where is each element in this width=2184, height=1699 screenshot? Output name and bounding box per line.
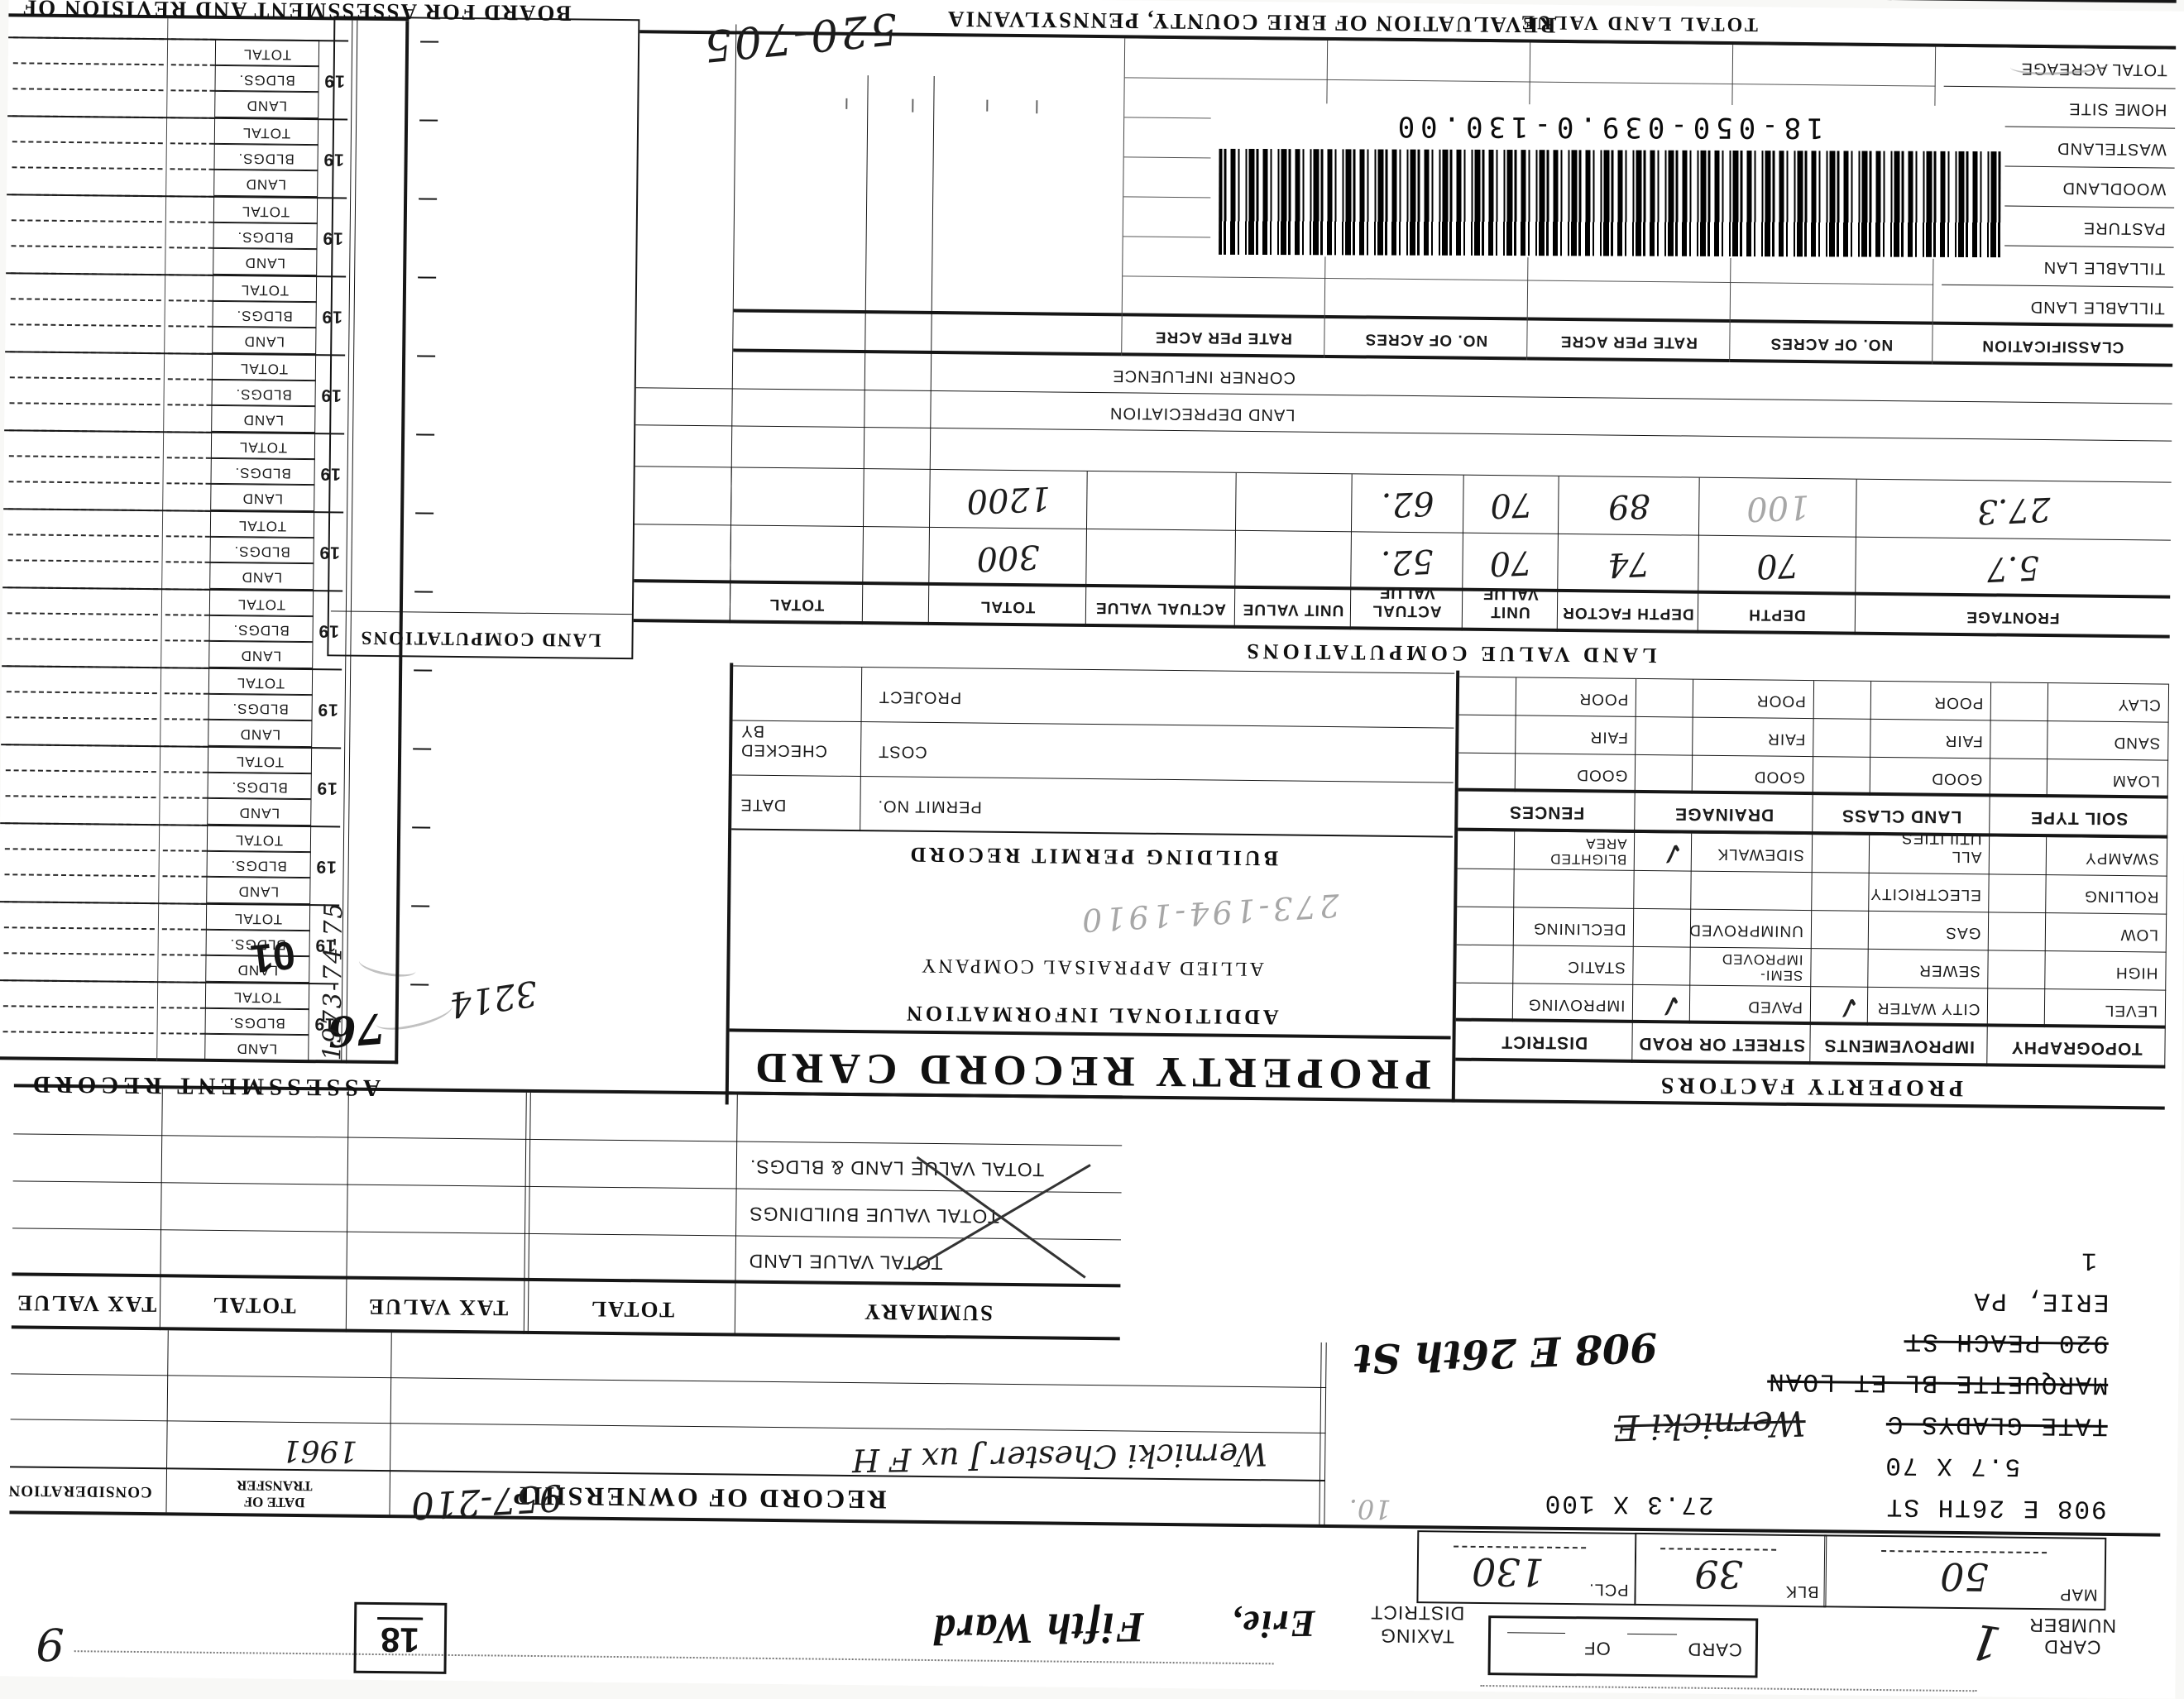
cell	[1991, 720, 2168, 722]
assessment-label-cell: TOTAL	[213, 275, 317, 303]
summary-header-2: TAX VALUE	[347, 1294, 529, 1321]
factor-item: IMPROVING	[1514, 994, 1626, 1013]
permit-row-label: PROJECT	[879, 687, 1446, 711]
blk-cell: BLK 39	[1634, 1533, 1827, 1607]
cell	[930, 76, 935, 470]
year-cell: 19	[316, 542, 343, 562]
cell	[5, 873, 156, 877]
assessment-label: TOTAL	[213, 360, 315, 377]
handwritten-new-address: 908 E 26th St	[1353, 1323, 1659, 1382]
cell	[1636, 754, 1813, 757]
factor-item: DECLINING	[1515, 918, 1626, 937]
cell	[1811, 986, 1988, 988]
cell	[416, 433, 434, 435]
barcode-block: 18-050-039.0-130.00	[1210, 103, 2005, 259]
assessment-label: LAND	[213, 254, 316, 271]
cell	[1692, 680, 1693, 794]
permit-hand-note: 273-194-1910	[1078, 887, 1341, 939]
year-cell: 19	[318, 385, 345, 404]
classification-row-label: HOME SITE	[2068, 98, 2167, 118]
cell	[6, 769, 156, 773]
assessment-label-cell: LAND	[212, 326, 316, 354]
factors-header-3: DISTRICT	[1455, 1031, 1633, 1053]
factors-header-1: IMPROVEMENTS	[1810, 1035, 1988, 1056]
assessment-label: BLDGS.	[211, 543, 314, 560]
cell	[635, 466, 2172, 482]
classification-table: CLASSIFICATIONNO. OF ACRESRATE PER ACREN…	[0, 1676, 2175, 1687]
factor2-item: GOOD	[1576, 765, 1627, 784]
cell	[5, 848, 156, 851]
assessment-label: BLDGS.	[213, 307, 316, 324]
assessment-label: BLDGS.	[208, 857, 310, 874]
factor-item: SEMI-IMPROVED	[1692, 951, 1803, 984]
cell	[163, 875, 207, 878]
cell	[1812, 948, 1989, 950]
lvc-header-7: TOTAL	[929, 596, 1086, 616]
assessment-label-cell: BLDGS.	[211, 379, 315, 407]
cell	[1635, 870, 1812, 873]
assessment-label-cell: BLDGS.	[210, 457, 314, 486]
district-code-box: 18	[353, 1602, 447, 1674]
permit-row-label-2: CHECKED BY	[740, 721, 853, 760]
year-cell: 19	[315, 620, 342, 640]
cell	[1814, 680, 1991, 682]
cell	[10, 323, 160, 327]
assessment-label: TOTAL	[209, 674, 312, 692]
cell	[13, 1133, 1122, 1146]
cell	[170, 89, 214, 92]
cell	[170, 142, 214, 145]
classification-row-label: TILLABLE LAN	[2043, 257, 2166, 278]
assessment-label: BLDGS.	[214, 228, 317, 246]
lvc-value: 70	[1698, 543, 1857, 588]
assessment-label: TOTAL	[214, 203, 317, 220]
assessment-label-cell: LAND	[208, 719, 312, 747]
assessment-label: TOTAL	[208, 753, 311, 770]
factor2-item: SAND	[2113, 733, 2160, 752]
assessment-label: BLDGS.	[213, 385, 315, 403]
assessment-label-cell: LAND	[211, 404, 315, 433]
lvc-header-1: DEPTH	[1698, 605, 1856, 625]
card-of-box: CARD OF	[1488, 1615, 1759, 1677]
cell	[1944, 86, 2176, 89]
year-cell: 19	[314, 699, 342, 719]
classification-header-4: RATE PER ACRE	[1122, 327, 1324, 347]
cell	[167, 404, 211, 406]
lvc-value: 70	[1463, 542, 1559, 584]
x-scribble	[928, 1149, 1108, 1280]
cell	[8, 534, 159, 537]
cell	[414, 669, 432, 671]
year-cell: 19	[320, 70, 347, 90]
cell	[1990, 873, 2167, 876]
summary-header-4: TAX VALUE	[12, 1290, 160, 1317]
cell	[9, 455, 160, 458]
date-of-transfer-header: DATE OF TRANSFER	[213, 1476, 337, 1511]
cell	[8, 36, 348, 41]
property-factors-table: TOPOGRAPHYLEVELHIGHLOWROLLINGSWAMPYIMPRO…	[0, 1676, 2175, 1687]
cell	[168, 325, 212, 328]
cell	[9, 402, 160, 405]
cell	[156, 18, 168, 1061]
factor2-item: FAIR	[1590, 727, 1628, 745]
cell	[165, 639, 209, 642]
cell	[4, 952, 155, 955]
assessment-label-cell: LAND	[209, 562, 314, 590]
factor-item: CITY WATER	[1869, 998, 1980, 1017]
assessment-label-cell: BLDGS.	[208, 615, 313, 643]
assessment-label-cell: LAND	[210, 483, 314, 511]
cell	[12, 1325, 1120, 1340]
cell	[1634, 984, 1811, 987]
map-cell: MAP 50	[1823, 1534, 2106, 1610]
cell	[1813, 756, 1990, 759]
assessment-label-cell: TOTAL	[214, 117, 318, 146]
map-value: 50	[1940, 1554, 1989, 1600]
cell	[166, 535, 210, 538]
assessment-label-cell: TOTAL	[211, 432, 315, 460]
assessment-label: LAND	[211, 490, 314, 507]
cell	[170, 168, 213, 170]
assessment-label-cell: TOTAL	[210, 510, 314, 538]
owner-city: ERIE, PA	[1972, 1285, 2109, 1316]
cell	[862, 469, 864, 625]
building-permit-table: PERMIT NO.DATECOSTCHECKED BYPROJECT	[0, 1676, 2175, 1687]
barcode-icon	[1219, 149, 2000, 257]
land-computations-box: LAND COMPUTATIONS	[327, 16, 639, 659]
cell	[3, 1031, 154, 1034]
cell	[164, 797, 208, 799]
cell	[418, 276, 436, 278]
handwritten-owner-name: Wernicki E	[1614, 1403, 1807, 1448]
factors2-header-3: FENCES	[1458, 802, 1636, 823]
assessment-label: LAND	[213, 333, 315, 350]
cell	[864, 75, 869, 469]
factor-item: BLIGHTEDAREA	[1516, 835, 1627, 867]
cell	[1989, 988, 2166, 990]
cell	[169, 246, 213, 249]
cell	[8, 559, 159, 562]
lvc-value: 1200	[929, 477, 1088, 522]
page-title: PROPERTY RECORD CARD	[730, 1042, 1451, 1098]
lvc-value: 300	[929, 535, 1088, 580]
assessment-label-cell: LAND	[213, 247, 317, 275]
cell	[1813, 872, 1990, 874]
gap-hand-note: 3214	[447, 973, 540, 1026]
cell	[417, 355, 435, 357]
owner-address-block: 908 E 26TH ST 27.3 X 100 5.7 X 70 TATE G…	[0, 1676, 2175, 1687]
lvc-header-5: UNIT VALUE	[1235, 600, 1351, 619]
factor-item: ROLLING	[2047, 886, 2159, 905]
assessment-label-cell: BLDGS.	[212, 300, 316, 328]
factor2-item: GOOD	[1931, 769, 1982, 788]
cell	[732, 774, 1454, 782]
faint-scribble	[357, 951, 418, 980]
factors-header-0: TOPOGRAPHY	[1988, 1036, 2166, 1058]
permit-row-label-2: DATE	[740, 795, 852, 815]
lvc-header-6: ACTUAL VALUE	[1086, 598, 1235, 618]
assessment-label: LAND	[208, 804, 310, 821]
factors2-header-2: DRAINAGE	[1636, 803, 1813, 825]
cell	[7, 612, 158, 615]
assessment-label: LAND	[214, 175, 317, 193]
factor-item: HIGH	[2047, 962, 2158, 981]
permit-row-label: PERMIT NO.	[877, 796, 1444, 821]
checkmark-icon: ✓	[1655, 986, 1687, 1024]
lvc-header-0: FRONTAGE	[1856, 606, 2170, 628]
lvc-value: 74	[1558, 542, 1700, 586]
cell	[1459, 677, 1636, 679]
taxing-district-label: TAXING DISTRICT	[1347, 1601, 1488, 1649]
cell	[6, 795, 156, 798]
property-record-card-sheet: CARD NUMBER 1 MAP 50 BLK 39 PCL. 130 CAR…	[0, 0, 2184, 1687]
card-number-label: CARD NUMBER	[2006, 1615, 2139, 1659]
assessment-label: LAND	[212, 411, 314, 428]
lvc-value: 5.7	[1856, 543, 2172, 594]
cell	[730, 24, 737, 623]
ownership-title: RECORD OF OWNERSHIP	[510, 1481, 886, 1515]
card-number-value: 1	[1966, 1612, 2004, 1673]
classification-header-0: CLASSIFICATION	[1933, 336, 2172, 357]
lvc-value: 62.	[1351, 482, 1464, 525]
assessment-label-cell: TOTAL	[208, 668, 313, 696]
parcel-number: 18-050-039.0-130.00	[1211, 109, 2005, 145]
assessment-label-cell: TOTAL	[208, 746, 312, 774]
cell	[171, 64, 215, 66]
cell	[12, 141, 163, 144]
ownership-row-name: Wernicki Chester J ux F H	[852, 1436, 1268, 1479]
checkmark-icon: ✓	[1656, 834, 1688, 872]
assessment-label-cell: TOTAL	[215, 39, 319, 67]
assessment-label: TOTAL	[208, 831, 310, 849]
cell	[11, 245, 161, 248]
assessment-label-cell: TOTAL	[212, 353, 316, 381]
cell	[165, 692, 208, 695]
cell	[12, 1272, 1120, 1287]
assessment-label: LAND	[208, 725, 311, 743]
cell	[420, 41, 438, 42]
cell	[10, 376, 160, 380]
cell	[1634, 946, 1811, 949]
additional-information-heading: ADDITIONAL INFORMATION	[731, 998, 1451, 1031]
factor-item: UNIMPROVED	[1692, 921, 1803, 940]
factor-item: GAS	[1870, 922, 1981, 941]
district-code-value: 18	[377, 1617, 423, 1660]
assessment-label: TOTAL	[216, 45, 318, 63]
cell	[7, 638, 158, 641]
factor-item: SEWER	[1869, 960, 1980, 979]
assessment-label: BLDGS.	[215, 150, 318, 167]
lvc-value: 52.	[1351, 540, 1464, 583]
cell	[1812, 910, 1989, 912]
cell	[412, 826, 430, 828]
assessment-label: BLDGS.	[212, 464, 314, 481]
classification-header-1: NO. OF ACRES	[1730, 333, 1933, 354]
year-cell: 19	[318, 227, 346, 247]
year-cell: 19	[317, 463, 344, 483]
cell	[165, 718, 208, 720]
assessment-label-cell: BLDGS.	[214, 65, 318, 93]
checkmark-icon: ✓	[1832, 988, 1864, 1026]
factor-item: LOW	[2047, 924, 2158, 943]
cell	[414, 591, 433, 592]
lvc-value: 89	[1558, 484, 1700, 528]
assessment-label-cell: LAND	[208, 640, 313, 668]
summary-table: SUMMARYTOTALTAX VALUETOTALTAX VALUETOTAL…	[0, 1676, 2175, 1687]
ownership-row-date: 1961	[281, 1433, 357, 1468]
cell	[733, 665, 1454, 673]
factor-item: SIDEWALK	[1693, 845, 1804, 864]
assessment-label-cell: BLDGS.	[208, 693, 313, 721]
cell	[1990, 912, 2167, 914]
cell	[169, 299, 213, 302]
permit-row-label: COST	[878, 741, 1445, 766]
assessment-label: LAND	[209, 647, 312, 664]
assessment-label: LAND	[215, 97, 318, 114]
pcl-cell: PCL. 130	[1416, 1530, 1636, 1606]
factor2-item: FAIR	[1767, 730, 1805, 748]
summary-header-1: TOTAL	[529, 1295, 735, 1323]
assessment-label-cell: BLDGS.	[207, 850, 311, 878]
year-cell: 19	[318, 306, 346, 326]
cell	[168, 378, 212, 380]
crossed-mortgagee: MARQUETTE BL ET LOAN	[1767, 1366, 2108, 1399]
cell	[13, 62, 164, 65]
cell	[170, 221, 213, 223]
year-hand-1973-74-75: 1973-74-75	[289, 897, 348, 1061]
factor2-item: CLAY	[2117, 695, 2160, 714]
classification-row-label: WOODLAND	[2062, 178, 2166, 198]
summary-header-3: TOTAL	[160, 1291, 347, 1319]
factor-item: STATIC	[1514, 956, 1626, 975]
assessment-label-cell: BLDGS.	[208, 772, 312, 800]
cell	[1942, 285, 2173, 288]
lvc-header-2: DEPTH FACTOR	[1558, 603, 1698, 623]
crossed-old-address: 920 PEACH ST	[1904, 1326, 2109, 1357]
year-cell: 19	[314, 778, 341, 797]
consideration-header: CONSIDERATION	[7, 1481, 151, 1500]
footer-hand-number: 520-705	[700, 2, 900, 70]
cell	[419, 119, 438, 121]
cell	[1514, 677, 1516, 792]
cell	[1636, 716, 1813, 719]
assessment-label: TOTAL	[210, 596, 313, 613]
cell	[3, 1005, 154, 1008]
cell	[166, 482, 210, 485]
cell	[1457, 945, 1634, 947]
cell	[165, 614, 209, 616]
cell	[162, 928, 206, 931]
cell	[415, 512, 433, 514]
cell	[1458, 753, 1636, 755]
cell	[411, 905, 429, 907]
corner-handwritten-note: 9	[36, 1618, 65, 1670]
corner-influence-label: CORNER INFLUENCE	[1112, 366, 1296, 386]
faint-note: 10.	[1349, 1493, 1391, 1525]
cell	[9, 481, 160, 484]
crossed-owner-name: TATE GLADYS C	[1886, 1409, 2108, 1440]
cell	[12, 88, 163, 91]
assessment-label-cell: LAND	[214, 90, 318, 118]
lot-dimensions-2: 5.7 X 70	[1884, 1450, 2020, 1481]
revaluation-title: REVALUATION OF ERIE COUNTY, PENNSYLVANIA	[946, 6, 1556, 38]
factor2-item: GOOD	[1754, 767, 1805, 786]
cell	[860, 668, 862, 831]
assessment-label: TOTAL	[213, 281, 316, 299]
assessment-label-cell: TOTAL	[213, 196, 318, 224]
land-computations-heading: LAND COMPUTATIONS	[328, 626, 631, 651]
factor2-item: LOAM	[2112, 771, 2160, 790]
factor-item: LEVEL	[2046, 1000, 2158, 1019]
property-factors-heading: PROPERTY FACTORS	[1455, 1070, 2165, 1103]
classification-row-label: PASTURE	[2083, 218, 2166, 238]
property-address: 908 E 26TH ST	[1885, 1491, 2107, 1523]
assessment-label-cell: TOTAL	[207, 825, 311, 853]
assessment-label: TOTAL	[211, 517, 314, 534]
lvc-header-9: TOTAL	[730, 594, 863, 614]
assessment-label-cell: LAND	[213, 169, 318, 197]
factor2-item: POOR	[1933, 693, 1983, 712]
factor2-item: FAIR	[1945, 731, 1983, 749]
cell	[410, 984, 429, 985]
record-of-ownership-table: RECORD OF OWNERSHIP 957-210 DATE OF TRAN…	[0, 1676, 2175, 1687]
factors-header-2: STREET OR ROAD	[1633, 1033, 1811, 1055]
lvc-value: 27.3	[1856, 485, 2172, 536]
factors2-header-0: SOIL TYPE	[1990, 806, 2168, 828]
cell	[12, 219, 162, 223]
assessment-label: TOTAL	[212, 438, 314, 456]
land-depreciation-label: LAND DEPRECIATION	[1109, 403, 1296, 424]
assessment-label: BLDGS.	[208, 778, 311, 796]
pcl-value: 130	[1472, 1549, 1545, 1595]
land-value-computations-table: FRONTAGEDEPTHDEPTH FACTORUNIT VALUEACTUA…	[0, 1676, 2175, 1687]
factors2-header-1: LAND CLASS	[1813, 805, 1990, 826]
cell	[161, 1032, 205, 1035]
classification-row-label: TILLABLE LAND	[2030, 297, 2165, 318]
summary-header-0: SUMMARY	[735, 1298, 1120, 1328]
cell	[165, 561, 209, 563]
cell	[1637, 678, 1814, 681]
cell	[1992, 682, 2169, 684]
stamp-01: 01	[248, 931, 297, 982]
lvc-value: 100	[1698, 486, 1857, 530]
factor2-item: POOR	[1578, 689, 1628, 708]
lvc-value: 70	[1463, 484, 1559, 526]
cell	[4, 926, 155, 930]
assessment-label: BLDGS.	[216, 71, 318, 89]
factor2-item: POOR	[1756, 691, 1806, 710]
assessment-label-cell: BLDGS.	[213, 222, 317, 250]
cell	[1456, 983, 1633, 985]
cell	[12, 166, 162, 170]
cell	[419, 198, 437, 199]
classification-header-2: RATE PER ACRE	[1527, 331, 1730, 352]
taxing-district-stamp: Erie, Fifth Ward	[932, 1601, 1315, 1654]
cell	[413, 748, 431, 749]
appraisal-company: ALLIED APPRAISAL COMPANY	[731, 951, 1451, 981]
assessment-label: BLDGS.	[210, 621, 313, 639]
factor-item: PAVED	[1691, 997, 1803, 1016]
lot-dimensions: 27.3 X 100	[1543, 1488, 1713, 1519]
cell	[1991, 758, 2168, 760]
cell	[11, 298, 161, 301]
cell	[734, 309, 2173, 327]
blk-value: 39	[1694, 1552, 1743, 1597]
assessment-label: BLDGS.	[209, 700, 312, 717]
scan-dotted-edge	[74, 1650, 1274, 1664]
card-index: 1	[2080, 1246, 2097, 1275]
cell	[1869, 682, 1870, 796]
